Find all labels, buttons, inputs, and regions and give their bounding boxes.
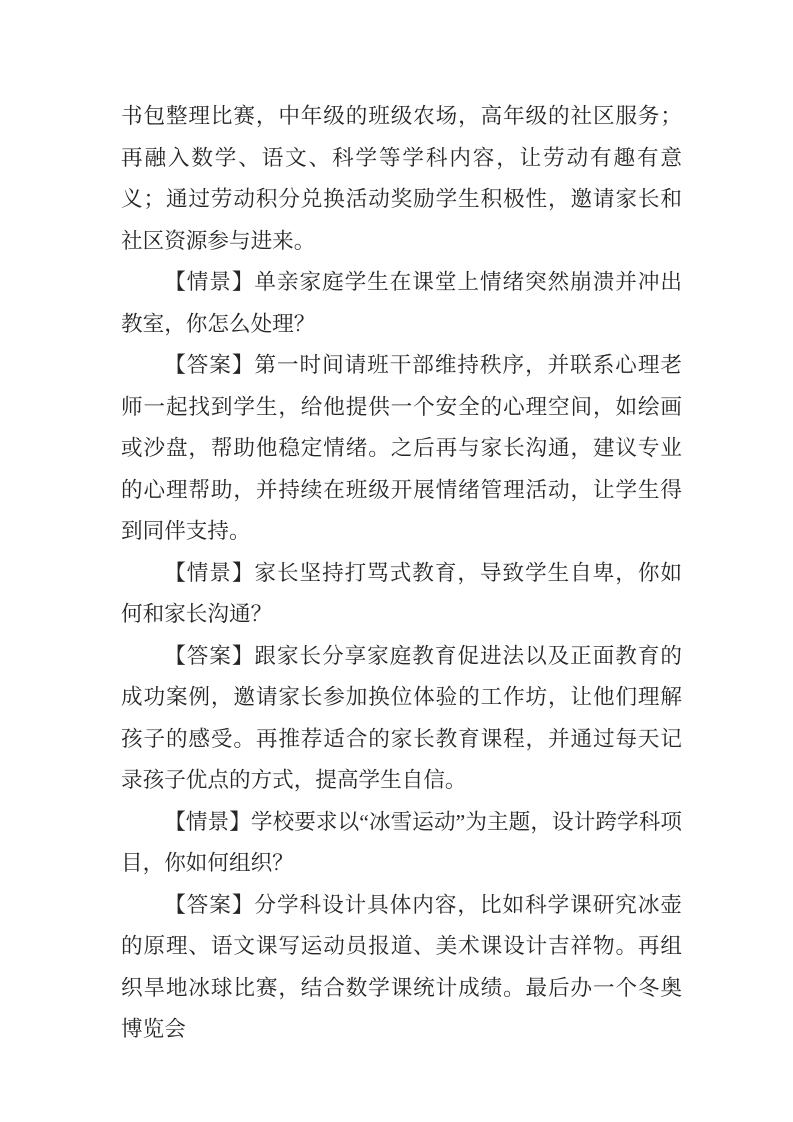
document-body: 书包整理比赛，中年级的班级农场，高年级的社区服务；再融入数学、语文、科学等学科内… [121,96,682,1051]
paragraph-answer-2: 【答案】跟家长分享家庭教育促进法以及正面教育的成功案例，邀请家长参加换位体验的工… [121,636,682,802]
paragraph-scenario-2: 【情景】家长坚持打骂式教育，导致学生自卑，你如何和家长沟通？ [121,553,682,636]
paragraph-scenario-3: 【情景】学校要求以“冰雪运动”为主题，设计跨学科项目，你如何组织？ [121,802,682,885]
paragraph-answer-1: 【答案】第一时间请班干部维持秩序，并联系心理老师一起找到学生，给他提供一个安全的… [121,345,682,553]
paragraph-scenario-1: 【情景】单亲家庭学生在课堂上情绪突然崩溃并冲出教室，你怎么处理？ [121,262,682,345]
document-page: 书包整理比赛，中年级的班级农场，高年级的社区服务；再融入数学、语文、科学等学科内… [0,0,793,1122]
paragraph-answer-3: 【答案】分学科设计具体内容，比如科学课研究冰壶的原理、语文课写运动员报道、美术课… [121,885,682,1051]
paragraph-continuation: 书包整理比赛，中年级的班级农场，高年级的社区服务；再融入数学、语文、科学等学科内… [121,96,682,262]
